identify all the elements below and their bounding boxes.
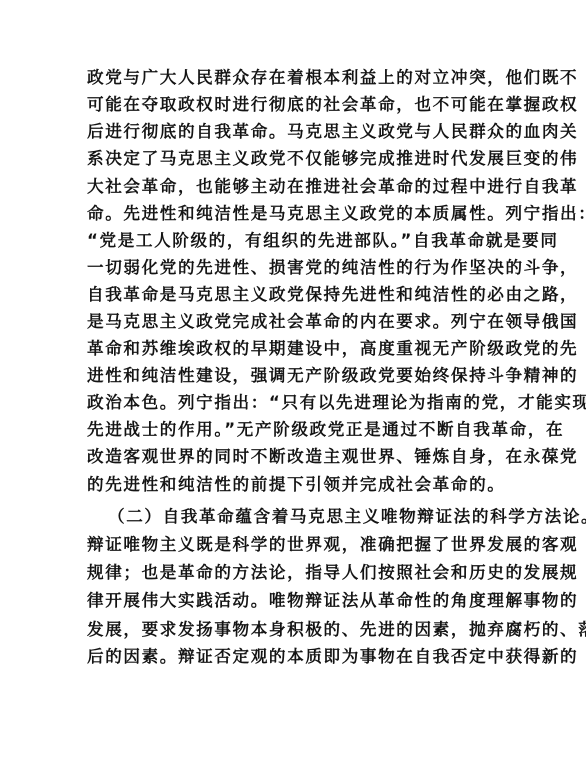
text-line: 辩证唯物主义既是科学的世界观，准确把握了世界发展的客观 [87, 535, 578, 555]
text-line: 发展，要求发扬事物本身积极的、先进的因素，抛弃腐朽的、落 [87, 620, 586, 640]
text-line: 自我革命是马克思主义政党保持先进性和纯洁性的必由之路， [87, 285, 578, 305]
text-line: 后的因素。辩证否定观的本质即为事物在自我否定中获得新的 [87, 647, 578, 667]
text-line: 政治本色。列宁指出：“只有以先进理论为指南的党，才能实现 [87, 393, 586, 413]
text-line: 是马克思主义政党完成社会革命的内在要求。列宁在领导俄国 [87, 312, 578, 332]
text-line: 一切弱化党的先进性、损害党的纯洁性的行为作坚决的斗争， [87, 258, 578, 278]
text-line: 律开展伟大实践活动。唯物辩证法从革命性的角度理解事物的 [87, 591, 578, 611]
text-line: 可能在夺取政权时进行彻底的社会革命，也不可能在掌握政权 [87, 95, 578, 115]
text-line: 政党与广大人民群众存在着根本利益上的对立冲突，他们既不 [87, 68, 578, 88]
text-line: 后进行彻底的自我革命。马克思主义政党与人民群众的血肉关 [87, 122, 578, 142]
text-line: 规律；也是革命的方法论，指导人们按照社会和历史的发展规 [87, 563, 578, 583]
text-line: 系决定了马克思主义政党不仅能够完成推进时代发展巨变的伟 [87, 149, 578, 169]
text-line: “党是工人阶级的，有组织的先进部队。”自我革命就是要同 [87, 231, 559, 251]
text-line: 先进战士的作用。”无产阶级政党正是通过不断自我革命，在 [87, 420, 564, 440]
text-line: 命。先进性和纯洁性是马克思主义政党的本质属性。列宁指出： [87, 204, 586, 224]
text-line: 进性和纯洁性建设，强调无产阶级政党要始终保持斗争精神的 [87, 366, 578, 386]
text-line: 大社会革命，也能够主动在推进社会革命的过程中进行自我革 [87, 177, 578, 197]
section-heading-line: （二）自我革命蕴含着马克思主义唯物辩证法的科学方法论。 [108, 507, 586, 527]
text-line: 改造客观世界的同时不断改造主观世界、锤炼自身，在永葆党 [87, 447, 578, 467]
text-line: 的先进性和纯洁性的前提下引领并完成社会革命的。 [87, 475, 505, 495]
text-line: 革命和苏维埃政权的早期建设中，高度重视无产阶级政党的先 [87, 339, 578, 359]
document-page: 政党与广大人民群众存在着根本利益上的对立冲突，他们既不 可能在夺取政权时进行彻底… [0, 0, 586, 759]
